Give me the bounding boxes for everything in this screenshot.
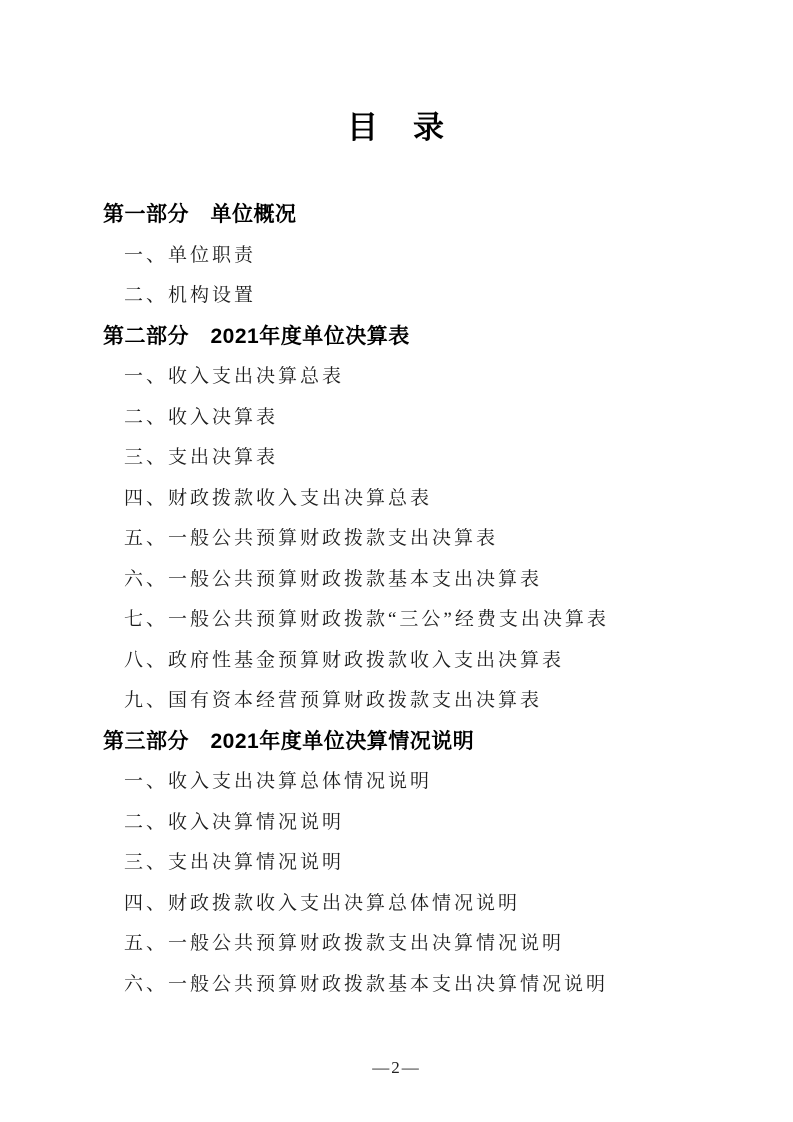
document-page: 目 录 第一部分 单位概况 一、单位职责 二、机构设置 第二部分 2021年度单… bbox=[0, 0, 793, 1122]
toc-item: 七、一般公共预算财政拨款“三公”经费支出决算表 bbox=[103, 600, 733, 641]
toc-item: 五、一般公共预算财政拨款支出决算情况说明 bbox=[103, 924, 733, 965]
page-number: —2— bbox=[0, 1058, 793, 1078]
toc-item: 八、政府性基金预算财政拨款收入支出决算表 bbox=[103, 641, 733, 682]
toc-item: 九、国有资本经营预算财政拨款支出决算表 bbox=[103, 681, 733, 722]
toc-section-heading-2: 第二部分 2021年度单位决算表 bbox=[103, 317, 733, 358]
toc-item: 一、单位职责 bbox=[103, 236, 733, 277]
toc-item: 五、一般公共预算财政拨款支出决算表 bbox=[103, 519, 733, 560]
toc-item: 六、一般公共预算财政拨款基本支出决算情况说明 bbox=[103, 965, 733, 1006]
toc-item: 二、机构设置 bbox=[103, 276, 733, 317]
toc-item: 三、支出决算表 bbox=[103, 438, 733, 479]
toc-item: 四、财政拨款收入支出决算总体情况说明 bbox=[103, 884, 733, 925]
toc-item: 二、收入决算表 bbox=[103, 398, 733, 439]
toc-section-heading-1: 第一部分 单位概况 bbox=[103, 195, 733, 236]
toc-item: 三、支出决算情况说明 bbox=[103, 843, 733, 884]
toc-item: 四、财政拨款收入支出决算总表 bbox=[103, 479, 733, 520]
toc-item: 六、一般公共预算财政拨款基本支出决算表 bbox=[103, 560, 733, 601]
table-of-contents: 第一部分 单位概况 一、单位职责 二、机构设置 第二部分 2021年度单位决算表… bbox=[0, 195, 793, 1005]
page-title: 目 录 bbox=[0, 0, 793, 148]
toc-item: 二、收入决算情况说明 bbox=[103, 803, 733, 844]
toc-item: 一、收入支出决算总体情况说明 bbox=[103, 762, 733, 803]
toc-section-heading-3: 第三部分 2021年度单位决算情况说明 bbox=[103, 722, 733, 763]
toc-item: 一、收入支出决算总表 bbox=[103, 357, 733, 398]
